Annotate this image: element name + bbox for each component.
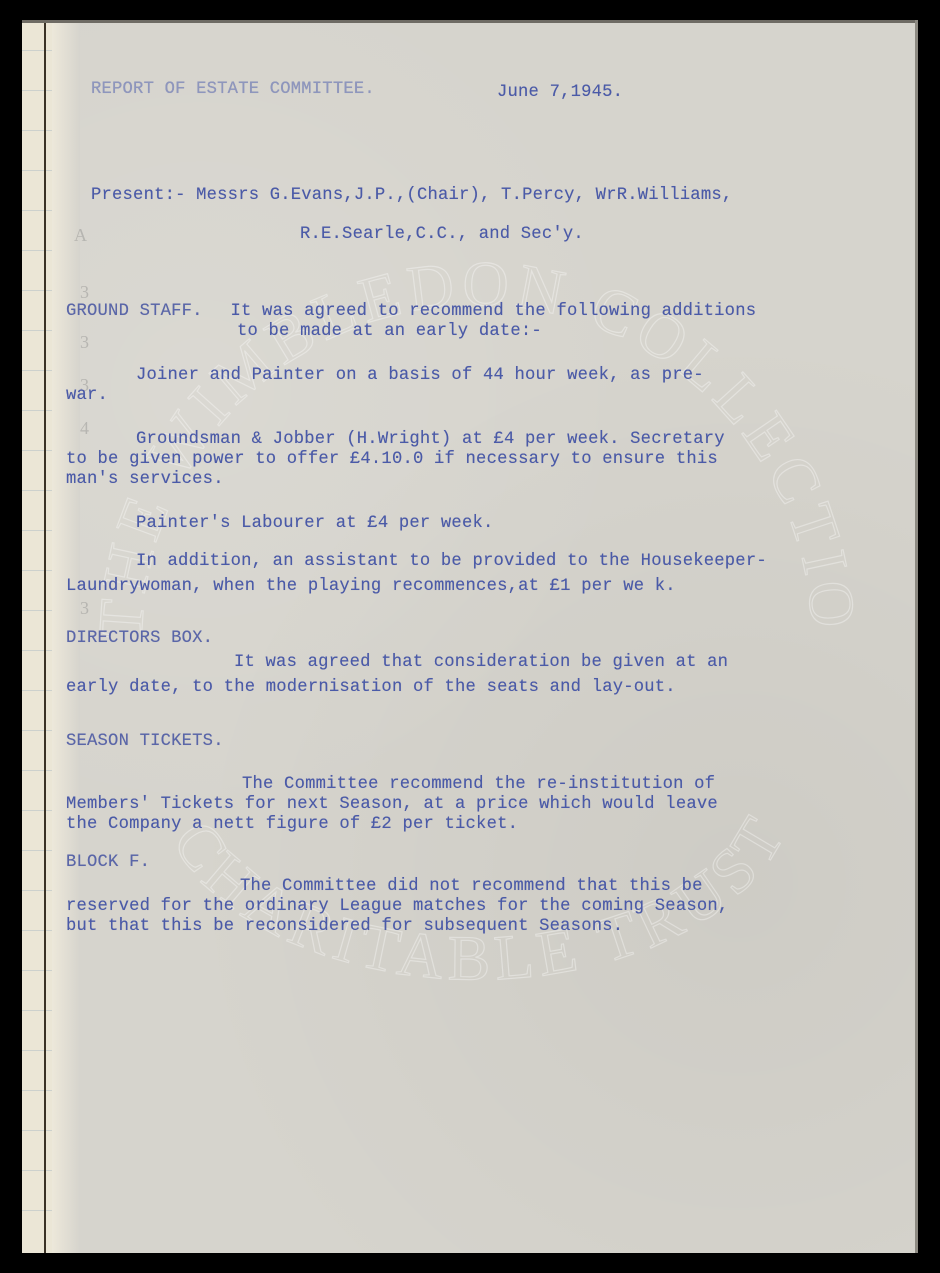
season-tickets-line-3: the Company a nett figure of £2 per tick… bbox=[66, 815, 518, 835]
season-tickets-line-2: Members' Tickets for next Season, at a p… bbox=[66, 795, 718, 815]
groundsman-line-2: to be given power to offer £4.10.0 if ne… bbox=[66, 450, 718, 470]
assistant-line-1: In addition, an assistant to be provided… bbox=[136, 552, 767, 572]
attendees-line-1: Present:- Messrs G.Evans,J.P.,(Chair), T… bbox=[91, 186, 732, 206]
margin-mark: 3 bbox=[80, 282, 89, 303]
ledger-margin-strip bbox=[22, 20, 52, 1253]
page-right-edge bbox=[915, 20, 918, 1253]
page-top-edge bbox=[22, 20, 918, 23]
block-f-line-1: The Committee did not recommend that thi… bbox=[240, 877, 703, 897]
document-page: THE WIMBLEDON COLLECTION CHARITABLE TRUS… bbox=[22, 20, 918, 1253]
section-heading-season-tickets: SEASON TICKETS. bbox=[66, 732, 224, 752]
groundsman-line-3: man's services. bbox=[66, 470, 224, 490]
margin-mark: 3 bbox=[80, 598, 89, 619]
binding-line bbox=[44, 20, 46, 1253]
section-heading-ground-staff: GROUND STAFF. bbox=[66, 302, 203, 322]
block-f-line-3: but that this be reconsidered for subseq… bbox=[66, 917, 623, 937]
attendees-line-2: R.E.Searle,C.C., and Sec'y. bbox=[300, 225, 584, 245]
margin-mark: 4 bbox=[80, 418, 89, 439]
margin-mark: 3 bbox=[80, 332, 89, 353]
directors-box-line-2: early date, to the modernisation of the … bbox=[66, 678, 676, 698]
section-heading-directors-box: DIRECTORS BOX. bbox=[66, 629, 213, 649]
report-title: REPORT OF ESTATE COMMITTEE. bbox=[91, 80, 375, 100]
ground-staff-intro-line-1: It was agreed to recommend the following… bbox=[220, 302, 756, 322]
joiner-painter-line-2: war. bbox=[66, 386, 108, 406]
painters-labourer-line: Painter's Labourer at £4 per week. bbox=[136, 514, 493, 534]
ground-staff-intro-line-2: to be made at an early date:- bbox=[237, 322, 542, 342]
joiner-painter-line-1: Joiner and Painter on a basis of 44 hour… bbox=[136, 366, 704, 386]
report-date: June 7,1945. bbox=[497, 83, 623, 103]
section-heading-block-f: BLOCK F. bbox=[66, 853, 150, 873]
season-tickets-line-1: The Committee recommend the re-instituti… bbox=[242, 775, 715, 795]
groundsman-line-1: Groundsman & Jobber (H.Wright) at £4 per… bbox=[136, 430, 725, 450]
directors-box-line-1: It was agreed that consideration be give… bbox=[234, 653, 728, 673]
assistant-line-2: Laundrywoman, when the playing recommenc… bbox=[66, 577, 676, 597]
margin-mark: A bbox=[74, 225, 87, 246]
block-f-line-2: reserved for the ordinary League matches… bbox=[66, 897, 728, 917]
